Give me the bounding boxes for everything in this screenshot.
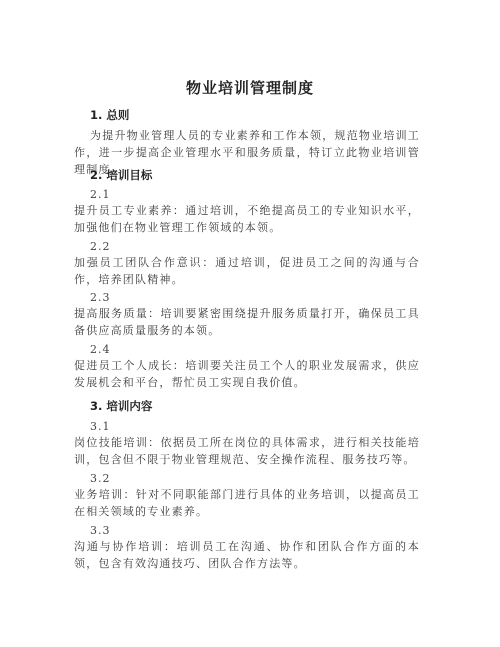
section-heading-2: 2. 培训目标 [90, 167, 152, 183]
item-text-2-2: 加强员工团队合作意识：通过培训，促进员工之间的沟通与合作，培养团队精神。 [74, 254, 420, 288]
section-heading-1: 1. 总则 [90, 107, 129, 123]
item-text-3-3: 沟通与协作培训：培训员工在沟通、协作和团队合作方面的本领，包含有效沟通技巧、团队… [74, 538, 420, 572]
item-number-2-4: 2.4 [90, 343, 111, 356]
item-text-2-3: 提高服务质量：培训要紧密围绕提升服务质量打开，确保员工具备供应高质量服务的本领。 [74, 305, 420, 339]
item-number-3-3: 3.3 [90, 524, 111, 537]
item-text-2-4: 促进员工个人成长：培训要关注员工个人的职业发展需求，供应发展机会和平台，帮忙员工… [74, 357, 420, 391]
item-number-3-1: 3.1 [90, 420, 111, 433]
item-number-3-2: 3.2 [90, 472, 111, 485]
item-text-2-1: 提升员工专业素养：通过培训，不绝提高员工的专业知识水平，加强他们在物业管理工作领… [74, 202, 420, 236]
item-text-3-2: 业务培训：针对不同职能部门进行具体的业务培训，以提高员工在相关领域的专业素养。 [74, 486, 420, 520]
section-heading-3: 3. 培训内容 [90, 398, 152, 414]
item-number-2-2: 2.2 [90, 240, 111, 253]
item-text-3-1: 岗位技能培训：依据员工所在岗位的具体需求，进行相关技能培训，包含但不限于物业管理… [74, 434, 420, 468]
document-title: 物业培训管理制度 [0, 77, 500, 98]
item-number-2-3: 2.3 [90, 291, 111, 304]
item-number-2-1: 2.1 [90, 188, 111, 201]
